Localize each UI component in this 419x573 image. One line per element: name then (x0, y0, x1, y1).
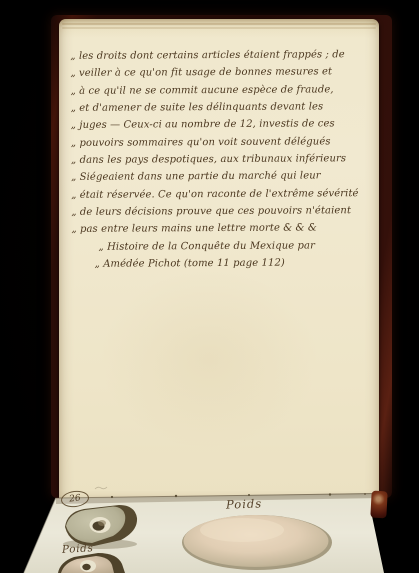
lower-page-artwork (0, 0, 419, 573)
binding-corner (370, 491, 387, 519)
page-number: 26 (69, 493, 82, 504)
small-stone-caption: Poids (62, 542, 94, 556)
large-stone-caption: Poids (226, 496, 263, 511)
manuscript-photo: „ les droits dont certains articles étai… (0, 0, 419, 573)
oval-stone-drawing (182, 515, 332, 570)
